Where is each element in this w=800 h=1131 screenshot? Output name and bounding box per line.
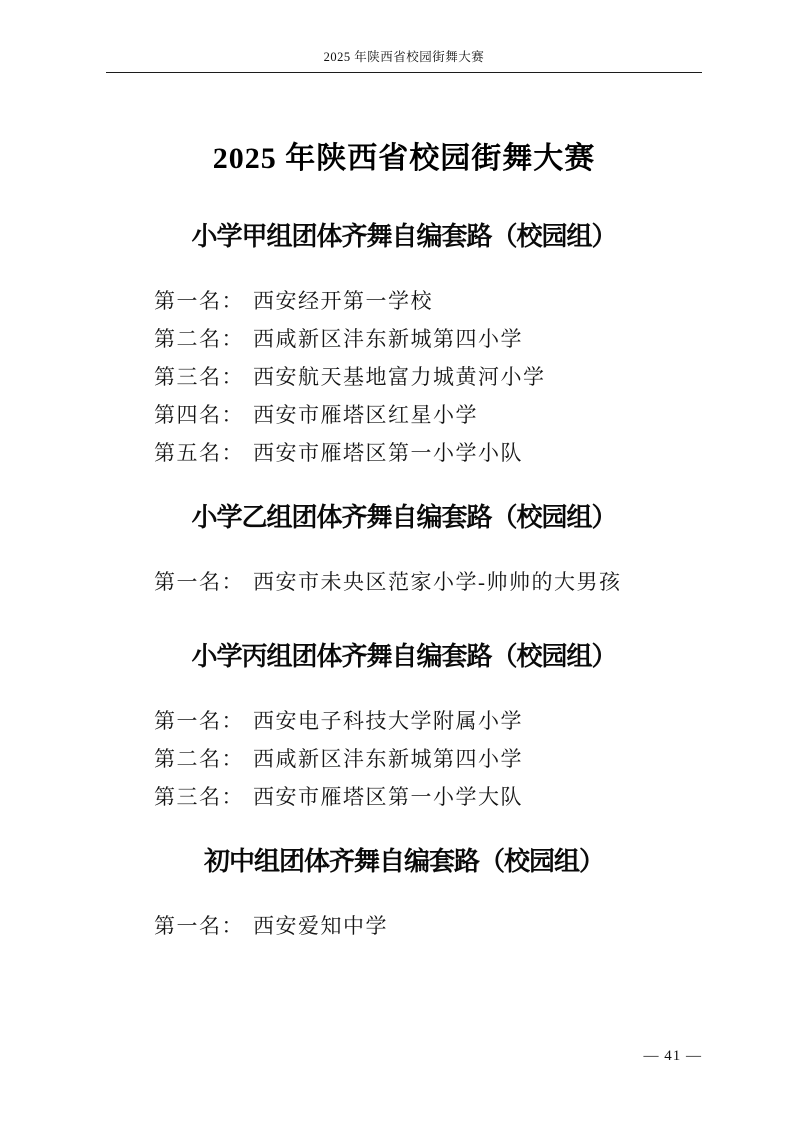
award-list: 第一名：西安市未央区范家小学-帅帅的大男孩: [106, 563, 702, 601]
running-header: 2025 年陕西省校园街舞大赛: [106, 0, 702, 73]
award-item: 第一名：西安爱知中学: [106, 907, 702, 945]
award-item: 第四名：西安市雁塔区红星小学: [106, 396, 702, 434]
school-name: 西安市雁塔区第一小学大队: [253, 785, 523, 809]
school-name: 西安经开第一学校: [253, 289, 433, 313]
section-junior-high: 初中组团体齐舞自编套路（校园组） 第一名：西安爱知中学: [106, 846, 702, 945]
section-heading-junior-high: 初中组团体齐舞自编套路（校园组）: [106, 846, 702, 877]
award-list: 第一名：西安爱知中学: [106, 907, 702, 945]
school-name: 西安电子科技大学附属小学: [253, 709, 523, 733]
section-primary-group-c: 小学丙组团体齐舞自编套路（校园组） 第一名：西安电子科技大学附属小学 第二名：西…: [106, 641, 702, 816]
award-item: 第一名：西安经开第一学校: [106, 282, 702, 320]
rank-label: 第一名：: [154, 289, 244, 313]
award-item: 第三名：西安航天基地富力城黄河小学: [106, 358, 702, 396]
section-heading-primary-b: 小学乙组团体齐舞自编套路（校园组）: [106, 502, 702, 533]
rank-label: 第一名：: [154, 914, 244, 938]
document-page: 2025 年陕西省校园街舞大赛 2025 年陕西省校园街舞大赛 小学甲组团体齐舞…: [0, 0, 800, 1131]
school-name: 西安市未央区范家小学-帅帅的大男孩: [253, 570, 622, 594]
award-item: 第二名：西咸新区沣东新城第四小学: [106, 320, 702, 358]
section-primary-group-b: 小学乙组团体齐舞自编套路（校园组） 第一名：西安市未央区范家小学-帅帅的大男孩: [106, 502, 702, 601]
school-name: 西安市雁塔区红星小学: [253, 403, 478, 427]
rank-label: 第四名：: [154, 403, 244, 427]
award-item: 第五名：西安市雁塔区第一小学小队: [106, 434, 702, 472]
rank-label: 第三名：: [154, 365, 244, 389]
school-name: 西安市雁塔区第一小学小队: [253, 441, 523, 465]
rank-label: 第五名：: [154, 441, 244, 465]
page-number: — 41 —: [644, 1048, 703, 1064]
award-item: 第二名：西咸新区沣东新城第四小学: [106, 740, 702, 778]
rank-label: 第三名：: [154, 785, 244, 809]
section-heading-primary-c: 小学丙组团体齐舞自编套路（校园组）: [106, 641, 702, 672]
award-item: 第一名：西安市未央区范家小学-帅帅的大男孩: [106, 563, 702, 601]
award-list: 第一名：西安电子科技大学附属小学 第二名：西咸新区沣东新城第四小学 第三名：西安…: [106, 702, 702, 816]
rank-label: 第二名：: [154, 327, 244, 351]
award-item: 第三名：西安市雁塔区第一小学大队: [106, 778, 702, 816]
page-footer: — 41 —: [106, 1049, 702, 1064]
school-name: 西咸新区沣东新城第四小学: [253, 327, 523, 351]
school-name: 西安航天基地富力城黄河小学: [253, 365, 546, 389]
rank-label: 第一名：: [154, 570, 244, 594]
section-heading-primary-a: 小学甲组团体齐舞自编套路（校园组）: [106, 221, 702, 252]
award-item: 第一名：西安电子科技大学附属小学: [106, 702, 702, 740]
rank-label: 第二名：: [154, 747, 244, 771]
award-list: 第一名：西安经开第一学校 第二名：西咸新区沣东新城第四小学 第三名：西安航天基地…: [106, 282, 702, 472]
school-name: 西咸新区沣东新城第四小学: [253, 747, 523, 771]
section-primary-group-a: 小学甲组团体齐舞自编套路（校园组） 第一名：西安经开第一学校 第二名：西咸新区沣…: [106, 221, 702, 472]
document-title: 2025 年陕西省校园街舞大赛: [106, 141, 702, 177]
header-rule: [106, 72, 702, 73]
rank-label: 第一名：: [154, 709, 244, 733]
school-name: 西安爱知中学: [253, 914, 388, 938]
running-header-text: 2025 年陕西省校园街舞大赛: [106, 0, 702, 65]
